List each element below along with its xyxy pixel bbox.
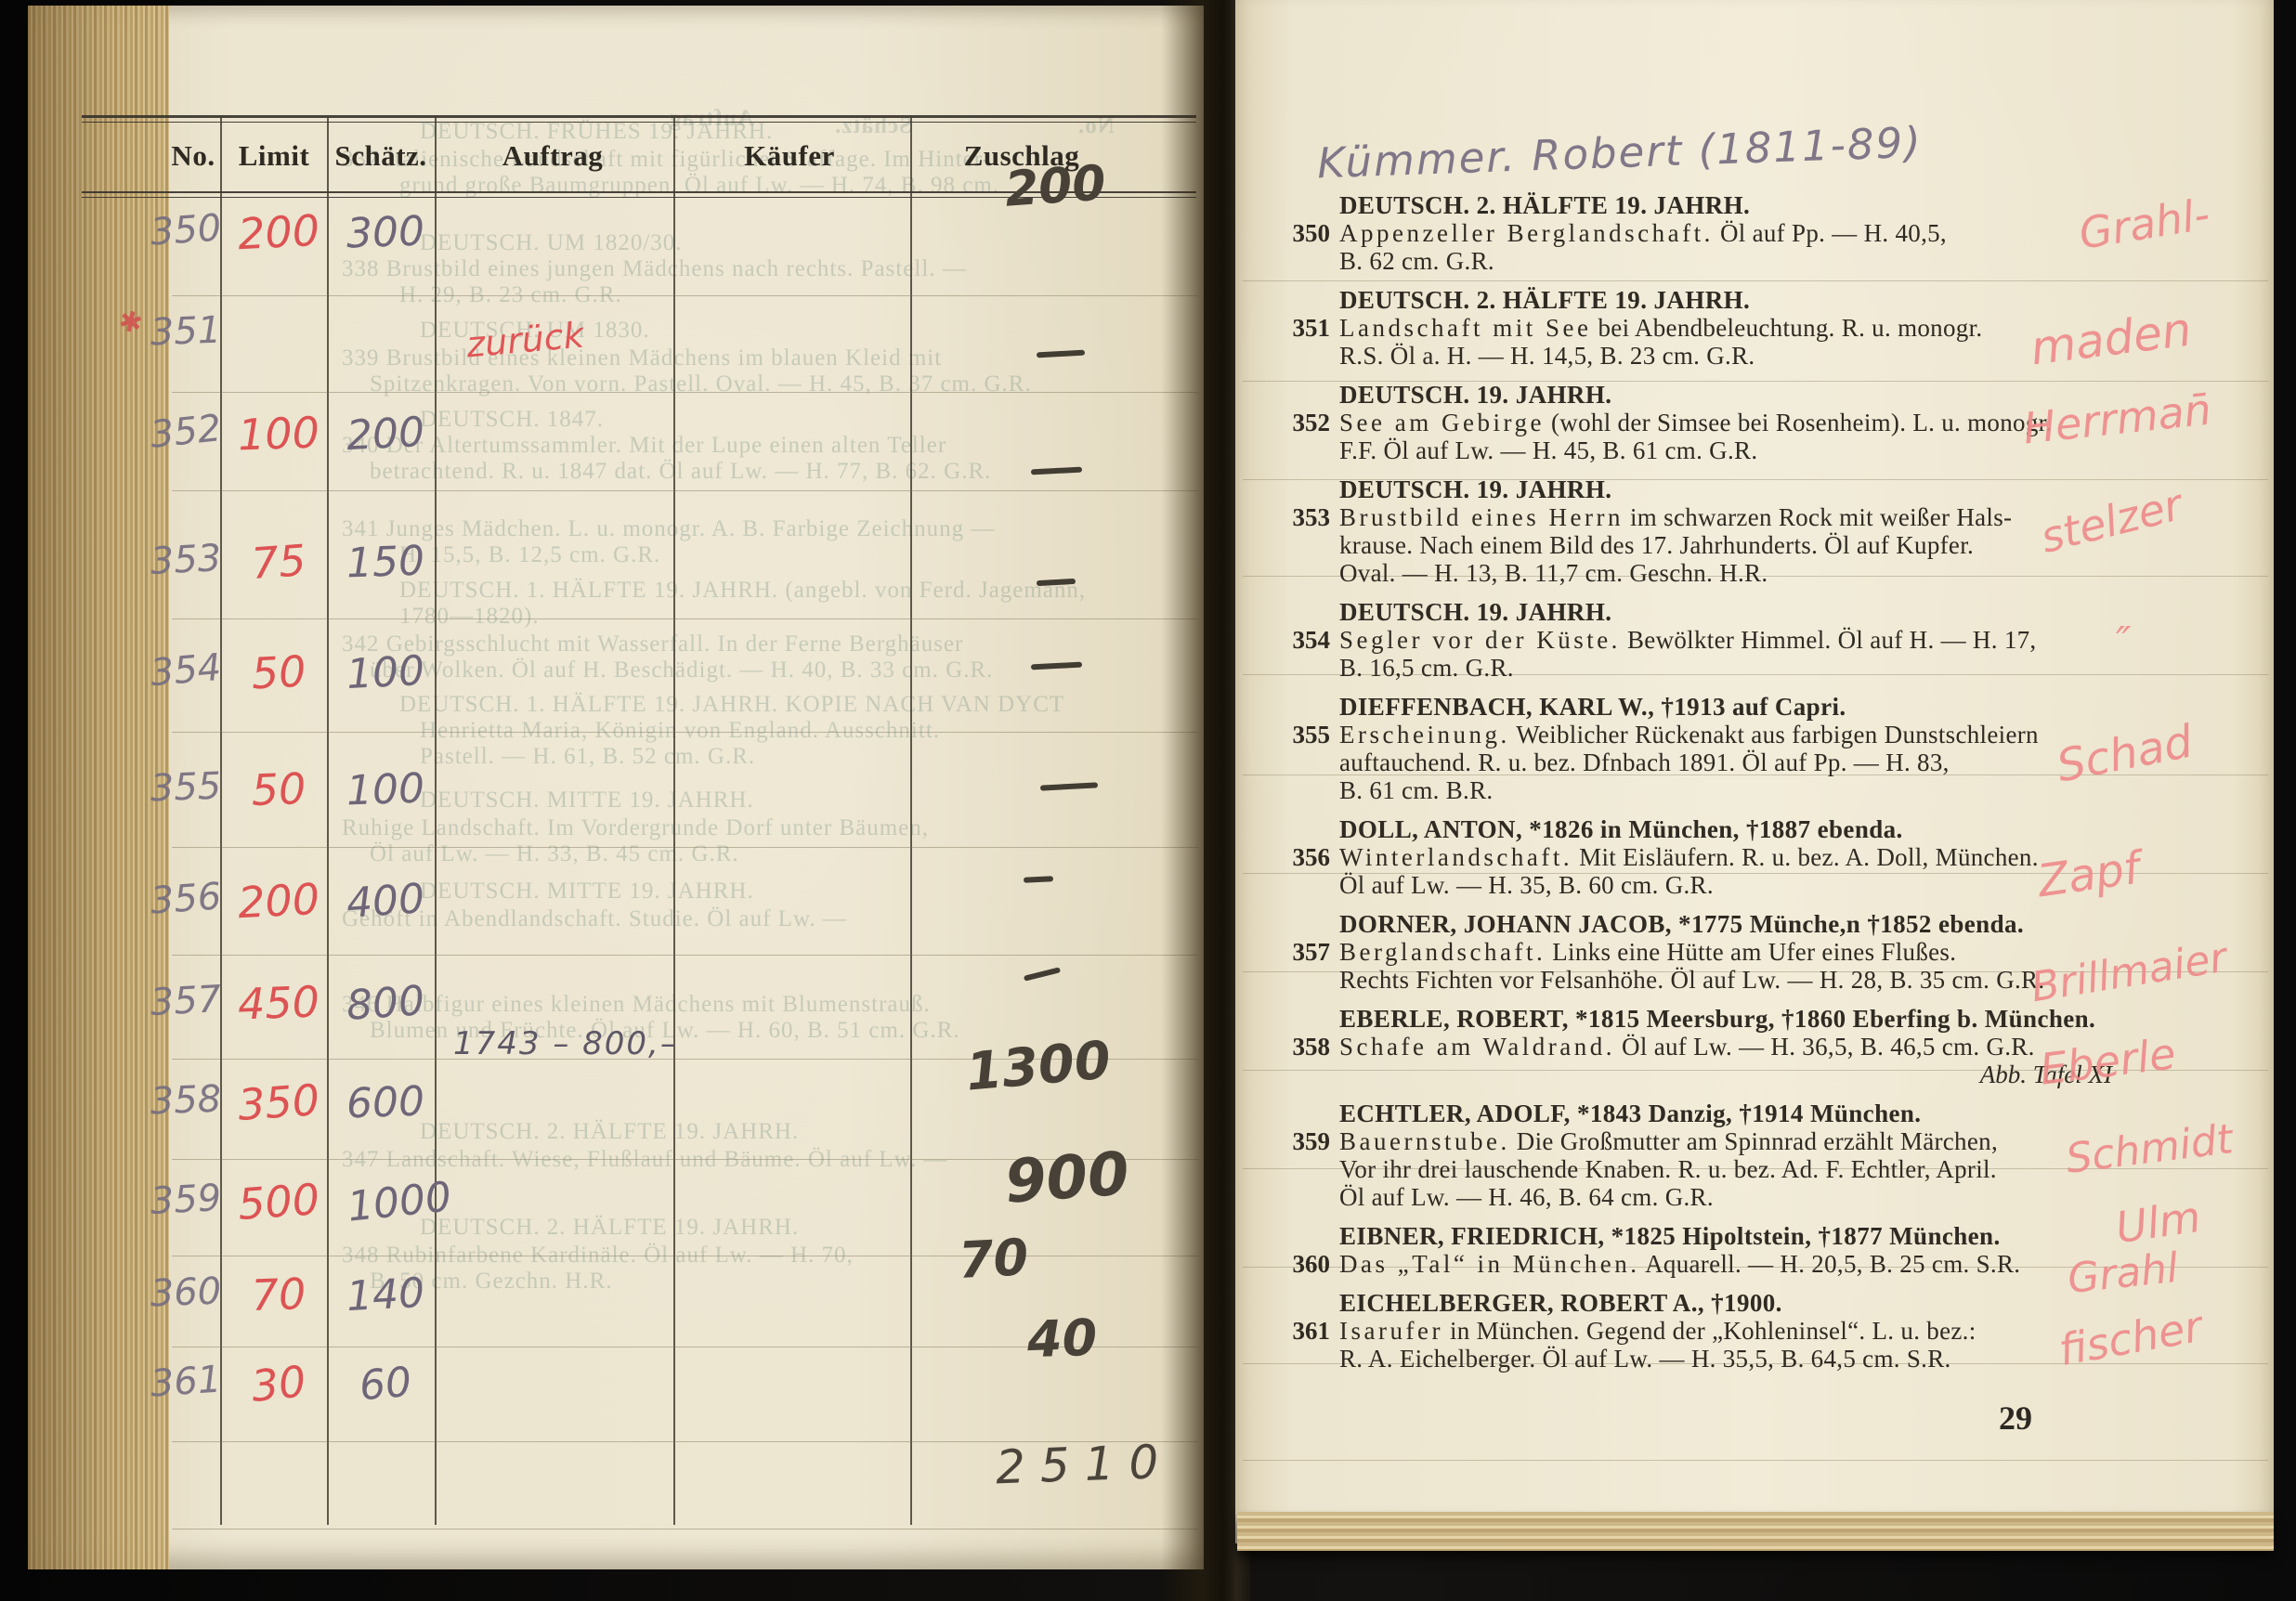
entry-lot-number: 360	[1282, 1250, 1330, 1278]
catalog-entry: DEUTSCH. 19. JAHRH.354Segler vor der Küs…	[1282, 598, 2151, 682]
entry-lot-number: 350	[1282, 219, 1330, 247]
row-no-handwritten: 351	[150, 309, 222, 355]
catalog-entry: DOLL, ANTON, *1826 in München, †1887 ebe…	[1282, 815, 2151, 899]
catalog-entry: DEUTSCH. 19. JAHRH.353Brustbild eines He…	[1282, 475, 2151, 587]
entry-artist-header: DEUTSCH. 2. HÄLFTE 19. JAHRH.	[1282, 286, 2151, 314]
entry-lot-number: 356	[1282, 843, 1330, 871]
entry-line: Berglandschaft. Links eine Hütte am Ufer…	[1282, 938, 2151, 966]
entry-line: F.F. Öl auf Lw. — H. 45, B. 61 cm. G.R.	[1282, 436, 2151, 464]
row-limit-handwritten: 50	[250, 646, 307, 699]
row-schaetz-handwritten: 150	[346, 538, 425, 588]
ghost-print-line: 341 Junges Mädchen. L. u. monogr. A. B. …	[342, 516, 995, 542]
ghost-print-line: betrachtend. R. u. 1847 dat. Öl auf Lw. …	[370, 459, 991, 485]
margin-buyer-note: ″	[2116, 618, 2131, 666]
ghost-print-line: 346 Halbfigur eines kleinen Mädchens mit…	[342, 992, 931, 1018]
entry-line-rest: Mit Eisläufern. R. u. bez. A. Doll, Münc…	[1572, 843, 2039, 871]
ghost-print-line: DEUTSCH. 1. HÄLFTE 19. JAHRH. KOPIE NACH…	[399, 692, 1064, 718]
table-column-line	[673, 115, 675, 1525]
right-page-bottom-stack-edge	[1237, 1512, 2274, 1551]
row-limit-handwritten: 450	[237, 976, 320, 1029]
entry-line-rest: Die Großmutter am Spinnrad erzählt Märch…	[1510, 1127, 1998, 1155]
catalog-entry: DORNER, JOHANN JACOB, *1775 Münche,n †18…	[1282, 910, 2151, 994]
entry-artist-header: EIBNER, FRIEDRICH, *1825 Hipoltstein, †1…	[1282, 1222, 2151, 1250]
table-column-line	[910, 115, 912, 1525]
row-schaetz-handwritten: 100	[346, 647, 426, 698]
entry-line-rest: Links eine Hütte am Ufer eines Flußes.	[1546, 938, 1956, 966]
entry-line: Bauernstube. Die Großmutter am Spinnrad …	[1282, 1127, 2151, 1155]
ghost-print-line: Öl auf Lw. — H. 33, B. 45 cm. G.R.	[370, 841, 739, 867]
column-header-schaetz: Schätz.	[334, 139, 426, 173]
ruled-line	[1243, 1460, 2268, 1461]
ghost-print-line: Ruhige Landschaft. Im Vordergrunde Dorf …	[342, 815, 929, 841]
entry-lead-spaced: See am Gebirge	[1339, 409, 1545, 436]
entry-lot-number: 357	[1282, 938, 1330, 966]
entry-lot-number: 354	[1282, 626, 1330, 654]
table-row-separator	[172, 1256, 1198, 1256]
row-limit-handwritten: 100	[237, 407, 320, 460]
entry-lot-number: 353	[1282, 503, 1330, 531]
row-schaetz-handwritten: 300	[346, 208, 425, 258]
pencil-price-note: 1743 – 800,–	[453, 1025, 678, 1062]
catalog-entry: EIBNER, FRIEDRICH, *1825 Hipoltstein, †1…	[1282, 1222, 2151, 1278]
catalog-entry: DEUTSCH. 2. HÄLFTE 19. JAHRH.350Appenzel…	[1282, 191, 2151, 275]
row-schaetz-handwritten: 600	[346, 1078, 425, 1128]
entry-line: Öl auf Lw. — H. 35, B. 60 cm. G.R.	[1282, 871, 2151, 899]
row-limit-handwritten: 30	[249, 1356, 308, 1412]
ghost-print-line: DEUTSCH. MITTE 19. JAHRH.	[420, 787, 754, 814]
table-row-separator	[172, 295, 1198, 296]
table-header-rule	[82, 122, 1196, 123]
entry-line: B. 62 cm. G.R.	[1282, 247, 2151, 275]
entry-line: Das „Tal“ in München. Aquarell. — H. 20,…	[1282, 1250, 2151, 1278]
table-row-separator	[172, 490, 1198, 491]
row-no-handwritten: 356	[149, 875, 222, 922]
entry-lead-spaced: Winterlandschaft.	[1339, 843, 1572, 871]
table-row-separator	[172, 392, 1198, 393]
entry-lead-spaced: Segler vor der Küste.	[1339, 626, 1621, 654]
table-row-separator	[172, 732, 1198, 733]
entry-lot-number: 352	[1282, 409, 1330, 436]
catalog-entries: DEUTSCH. 2. HÄLFTE 19. JAHRH.350Appenzel…	[1282, 191, 2151, 1384]
entry-line: R.S. Öl a. H. — H. 14,5, B. 23 cm. G.R.	[1282, 342, 2151, 370]
entry-artist-header: DORNER, JOHANN JACOB, *1775 Münche,n †18…	[1282, 910, 2151, 938]
page-stack-fore-edge	[28, 6, 169, 1569]
entry-lead-spaced: Landschaft mit See	[1339, 314, 1591, 342]
row-no-handwritten: 353	[150, 537, 223, 583]
catalog-right-page: Kümmer. Robert (1811-89) DEUTSCH. 2. HÄL…	[1235, 0, 2274, 1543]
entry-lot-number: 361	[1282, 1317, 1330, 1345]
ghost-print-line: 337 Italienische Landschaft mit figürlic…	[342, 147, 991, 173]
entry-lead-spaced: Appenzeller Berglandschaft.	[1339, 219, 1714, 247]
entry-line-rest: bei Abendbeleuchtung. R. u. monogr.	[1591, 314, 1982, 342]
entry-plate-reference: Abb. Tafel XI	[1282, 1061, 2151, 1088]
column-header-no: No.	[171, 139, 215, 173]
row-zuschlag-handwritten: 900	[1003, 1139, 1131, 1217]
entry-line: Landschaft mit See bei Abendbeleuchtung.…	[1282, 314, 2151, 342]
entry-line: B. 16,5 cm. G.R.	[1282, 654, 2151, 682]
row-limit-handwritten: 70	[251, 1269, 307, 1321]
ghost-print-line: H. 15,5, B. 12,5 cm. G.R.	[399, 542, 660, 568]
ghost-print-line: über Wolken. Öl auf H. Beschädigt. — H. …	[370, 657, 993, 683]
book-photo: DEUTSCH. FRÜHES 19. JAHRH.337 Italienisc…	[0, 0, 2296, 1601]
row-zuschlag-handwritten: 40	[1026, 1308, 1098, 1370]
row-schaetz-handwritten: 100	[346, 765, 425, 815]
ghost-print-line: 347 Landschaft. Wiese, Flußlauf und Bäum…	[342, 1147, 947, 1173]
margin-buyer-note: Ulm	[2113, 1191, 2204, 1253]
ghost-print-line: DEUTSCH. UM 1820/30.	[420, 230, 683, 256]
row-zuschlag-handwritten: 70	[957, 1228, 1029, 1290]
row-schaetz-handwritten: 140	[346, 1269, 426, 1321]
row-limit-handwritten: 50	[251, 763, 307, 815]
entry-artist-header: ECHTLER, ADOLF, *1843 Danzig, †1914 Münc…	[1282, 1100, 2151, 1127]
entry-lot-number: 355	[1282, 721, 1330, 748]
row-limit-handwritten: 75	[250, 535, 307, 589]
entry-line-rest: im schwarzen Rock mit weißer Hals-	[1624, 503, 2012, 531]
entry-lead-spaced: Das „Tal“ in München.	[1339, 1250, 1640, 1278]
table-row-separator	[172, 955, 1198, 956]
row-no-handwritten: 359	[150, 1177, 223, 1223]
entry-artist-header: DEUTSCH. 2. HÄLFTE 19. JAHRH.	[1282, 191, 2151, 219]
table-header-rule	[82, 115, 1196, 118]
column-header-kaeufer: Käufer	[744, 139, 835, 173]
entry-line-rest: Öl auf Lw. — H. 36,5, B. 46,5 cm. G.R.	[1615, 1033, 2035, 1061]
table-row-separator	[172, 847, 1198, 848]
entry-line: Schafe am Waldrand. Öl auf Lw. — H. 36,5…	[1282, 1033, 2151, 1061]
ghost-print-line: Pastell. — H. 61, B. 52 cm. G.R.	[420, 744, 755, 770]
row-zuschlag-dash	[1024, 876, 1053, 883]
ghost-print-line: DEUTSCH. MITTE 19. JAHRH.	[420, 879, 754, 905]
row-limit-handwritten: 350	[236, 1074, 320, 1130]
entry-line-rest: in München. Gegend der „Kohleninsel“. L.…	[1443, 1317, 1976, 1345]
row-schaetz-handwritten: 800	[345, 977, 425, 1030]
entry-lead-spaced: Schafe am Waldrand.	[1339, 1033, 1615, 1061]
entry-artist-header: EBERLE, ROBERT, *1815 Meersburg, †1860 E…	[1282, 1005, 2151, 1033]
table-column-line	[327, 115, 329, 1525]
catalog-entry: DEUTSCH. 2. HÄLFTE 19. JAHRH.351Landscha…	[1282, 286, 2151, 370]
catalog-entry: EICHELBERGER, ROBERT A., †1900.361Isaruf…	[1282, 1289, 2151, 1373]
entry-lead-spaced: Berglandschaft.	[1339, 938, 1546, 966]
row-zuschlag-handwritten: 1300	[963, 1030, 1113, 1102]
catalog-entry: ECHTLER, ADOLF, *1843 Danzig, †1914 Münc…	[1282, 1100, 2151, 1211]
row-zuschlag-dash	[1040, 782, 1098, 790]
entry-line: Brustbild eines Herrn im schwarzen Rock …	[1282, 503, 2151, 531]
page-number: 29	[1999, 1399, 2032, 1438]
row-no-handwritten: 354	[149, 646, 223, 695]
entry-line: Segler vor der Küste. Bewölkter Himmel. …	[1282, 626, 2151, 654]
ghost-print-line: 1780—1820).	[399, 604, 540, 630]
entry-line: Rechts Fichten vor Felsanhöhe. Öl auf Lw…	[1282, 966, 2151, 994]
catalog-entry: DIEFFENBACH, KARL W., †1913 auf Capri.35…	[1282, 693, 2151, 804]
row-no-handwritten: 360	[150, 1270, 222, 1316]
row-limit-handwritten: 500	[236, 1174, 320, 1230]
ledger-left-page: DEUTSCH. FRÜHES 19. JAHRH.337 Italienisc…	[28, 6, 1204, 1569]
ghost-print-line: 339 Brustbild eines kleinen Mädchens im …	[342, 345, 942, 371]
ghost-print-line: DEUTSCH. 1. HÄLFTE 19. JAHRH. (angebl. v…	[399, 578, 1086, 604]
catalog-entry: EBERLE, ROBERT, *1815 Meersburg, †1860 E…	[1282, 1005, 2151, 1088]
row-no-handwritten: 358	[150, 1078, 222, 1124]
entry-artist-header: DEUTSCH. 19. JAHRH.	[1282, 475, 2151, 503]
entry-line: Erscheinung. Weiblicher Rückenakt aus fa…	[1282, 721, 2151, 748]
entry-lead-spaced: Erscheinung.	[1339, 721, 1510, 748]
entry-line-rest: Öl auf Pp. — H. 40,5,	[1714, 219, 1947, 247]
row-zuschlag-dash	[1024, 967, 1061, 981]
entry-line: Öl auf Lw. — H. 46, B. 64 cm. G.R.	[1282, 1183, 2151, 1211]
entry-lead-spaced: Isarufer	[1339, 1317, 1443, 1345]
margin-buyer-note: Grahl	[2066, 1244, 2181, 1303]
entry-line: Vor ihr drei lauschende Knaben. R. u. be…	[1282, 1155, 2151, 1183]
entry-line: R. A. Eichelberger. Öl auf Lw. — H. 35,5…	[1282, 1345, 2151, 1373]
table-row-separator	[172, 618, 1198, 619]
entry-line-rest: (wohl der Simsee bei Rosenheim). L. u. m…	[1545, 409, 2053, 436]
ghost-print-line: Spitzenkragen. Von vorn. Pastell. Oval. …	[370, 371, 1032, 397]
entry-line: krause. Nach einem Bild des 17. Jahrhund…	[1282, 531, 2151, 559]
row-no-handwritten: 352	[149, 407, 224, 457]
ghost-print-line: Henrietta Maria, Königin von England. Au…	[420, 718, 940, 744]
entry-line-rest: Bewölkter Himmel. Öl auf H. — H. 17,	[1621, 626, 2037, 654]
ghost-print-line: DEUTSCH. 2. HÄLFTE 19. JAHRH.	[420, 1215, 799, 1241]
row-schaetz-handwritten: 60	[358, 1359, 413, 1411]
row-no-handwritten: 350	[149, 206, 222, 254]
entry-lead-spaced: Brustbild eines Herrn	[1339, 503, 1624, 531]
entry-artist-header: DIEFFENBACH, KARL W., †1913 auf Capri.	[1282, 693, 2151, 721]
row-zuschlag-dash	[1037, 350, 1085, 358]
entry-lot-number: 351	[1282, 314, 1330, 342]
ghost-print-line: DEUTSCH. 1847.	[420, 407, 604, 433]
row-limit-handwritten: 200	[237, 874, 321, 929]
entry-artist-header: EICHELBERGER, ROBERT A., †1900.	[1282, 1289, 2151, 1317]
entry-line: See am Gebirge (wohl der Simsee bei Rose…	[1282, 409, 2151, 436]
catalog-entry: DEUTSCH. 19. JAHRH.352See am Gebirge (wo…	[1282, 381, 2151, 464]
row-no-handwritten: 355	[150, 765, 222, 811]
entry-line: Winterlandschaft. Mit Eisläufern. R. u. …	[1282, 843, 2151, 871]
entry-artist-header: DOLL, ANTON, *1826 in München, †1887 ebe…	[1282, 815, 2151, 843]
row-limit-handwritten: 200	[237, 205, 321, 260]
row-no-handwritten: 361	[149, 1358, 222, 1405]
entry-line: Oval. — H. 13, B. 11,7 cm. Geschn. H.R.	[1282, 559, 2151, 587]
row-zuschlag-handwritten: 200	[1003, 155, 1107, 217]
zuschlag-total: 2510	[995, 1435, 1174, 1495]
entry-line: Appenzeller Berglandschaft. Öl auf Pp. —…	[1282, 219, 2151, 247]
table-row-separator	[172, 1529, 1198, 1529]
ghost-mirrored-header: Auftrag	[669, 106, 754, 132]
column-header-limit: Limit	[239, 139, 310, 173]
entry-line: auftauchend. R. u. bez. Dfnbach 1891. Öl…	[1282, 748, 2151, 776]
ghost-print-line: 340 Der Altertumssammler. Mit der Lupe e…	[342, 433, 946, 459]
entry-line: B. 61 cm. B.R.	[1282, 776, 2151, 804]
entry-line: Isarufer in München. Gegend der „Kohleni…	[1282, 1317, 2151, 1345]
table-column-line	[435, 115, 437, 1525]
entry-lot-number: 358	[1282, 1033, 1330, 1061]
entry-line-rest: Weiblicher Rückenakt aus farbigen Dunsts…	[1510, 721, 2039, 748]
row-zuschlag-dash	[1031, 467, 1082, 475]
entry-artist-header: DEUTSCH. 19. JAHRH.	[1282, 598, 2151, 626]
row-schaetz-handwritten: 400	[345, 875, 425, 928]
row-zuschlag-dash	[1031, 662, 1082, 670]
row-no-handwritten: 357	[150, 978, 223, 1024]
entry-lot-number: 359	[1282, 1127, 1330, 1155]
ghost-print-line: DEUTSCH. 2. HÄLFTE 19. JAHRH.	[420, 1119, 799, 1145]
row-schaetz-handwritten: 200	[346, 409, 426, 460]
entry-lead-spaced: Bauernstube.	[1339, 1127, 1510, 1155]
column-header-auftrag: Auftrag	[502, 139, 604, 173]
pencil-artist-heading: Kümmer. Robert (1811-89)	[1316, 118, 1923, 189]
entry-line-rest: Aquarell. — H. 20,5, B. 25 cm. S.R.	[1640, 1250, 2021, 1278]
